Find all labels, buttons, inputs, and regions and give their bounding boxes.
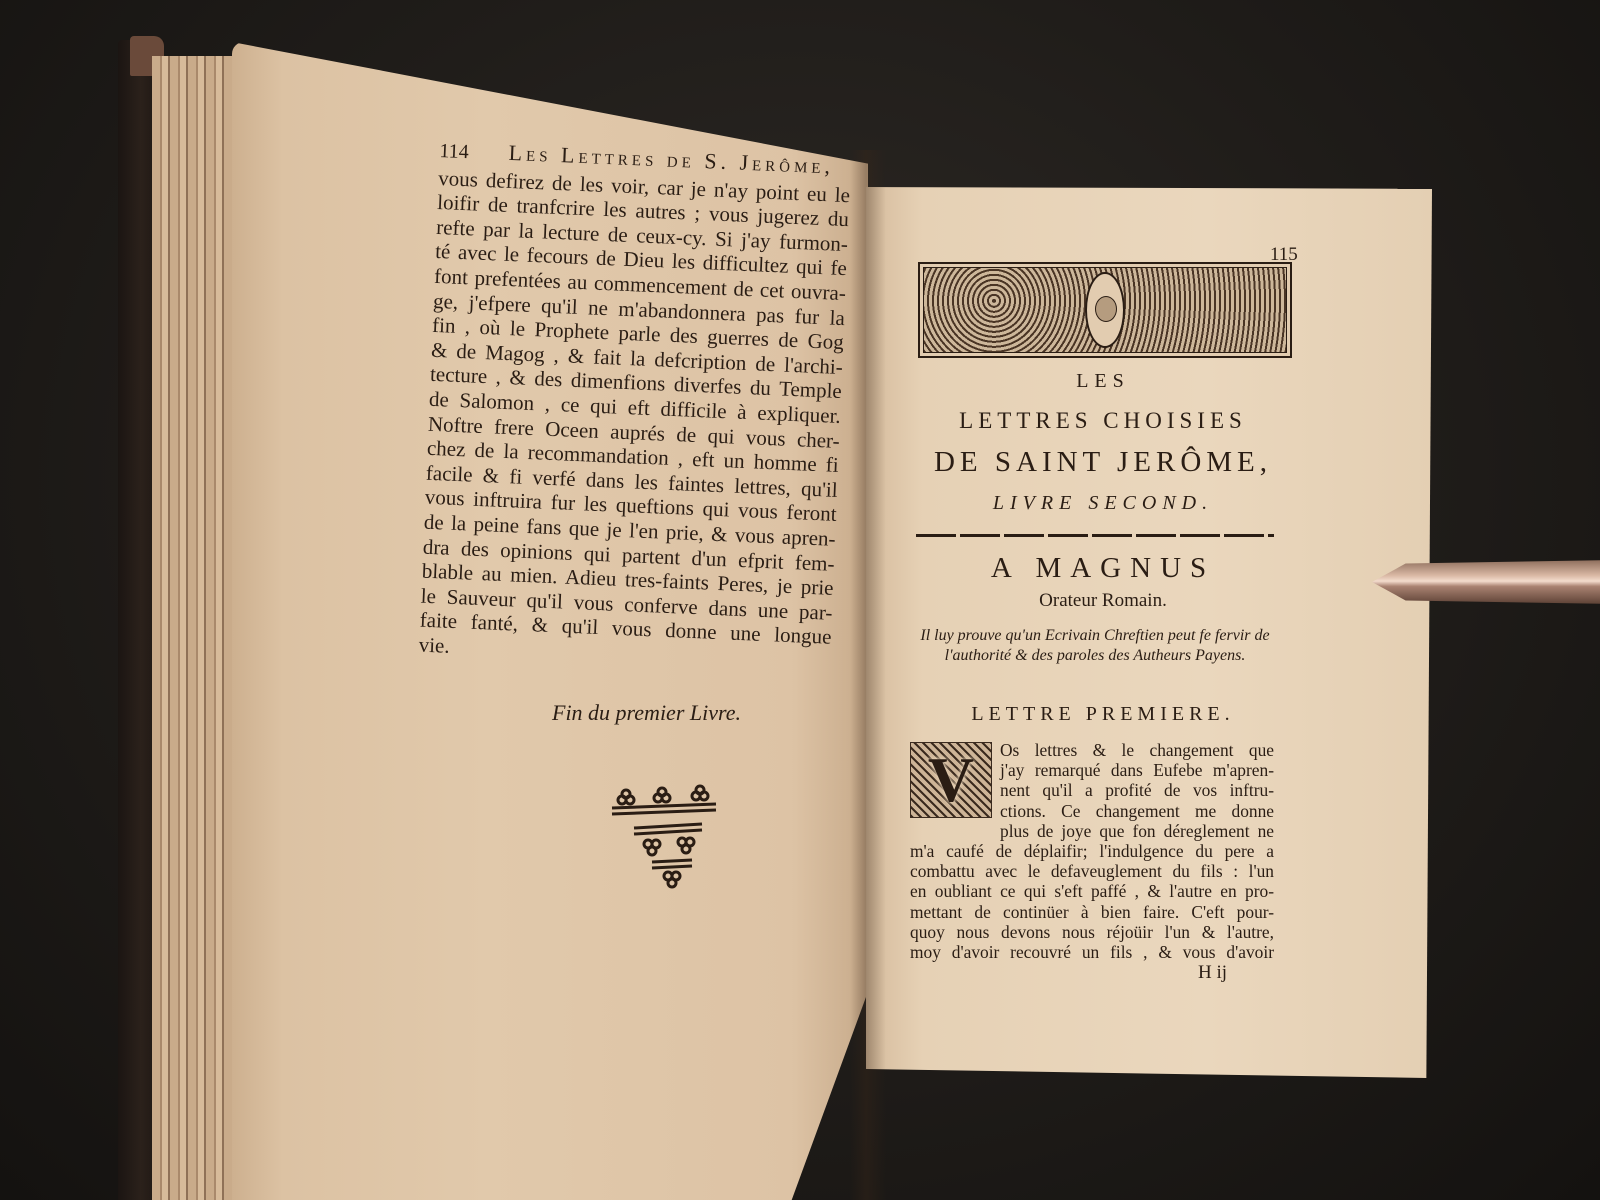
title-livre-second: LIVRE SECOND. [920,492,1286,515]
addressee-subtitle: Orateur Romain. [920,590,1286,612]
sun-medallion-icon [1085,272,1125,348]
right-page-text: Os lettres & le changement que j'ay rema… [910,740,1274,962]
title-les: LES [920,370,1286,393]
text-line: moy d'avoir recouvré un fils , & vous d'… [910,942,1274,962]
text-line: combattu avec le defaveuglement du fils … [910,861,1274,881]
title-saint-jerome: DE SAINT JERÔME, [920,446,1286,479]
text-line: j'ay remarqué dans Eufebe m'apren- [910,760,1274,780]
letter-addressee: A MAGNUS [920,552,1286,585]
tailpiece-ornament-icon [610,780,722,890]
text-line: ctions. Ce changement me donne [910,801,1274,821]
letter-argument: Il luy prouve qu'un Ecrivain Chreftien p… [908,626,1282,666]
text-line: quoy nous devons nous réjoüir l'un & l'a… [910,922,1274,942]
text-line: plus de joye que fon déreglement ne [910,821,1274,841]
text-line: mettant de continüer à bien faire. C'eft… [910,902,1274,922]
gutter-shadow [850,150,886,1200]
woodcut-headpiece-icon [918,262,1292,358]
letter-opener-pointer [1372,560,1600,604]
text-line: m'a caufé de déplaifir; l'indulgence du … [910,841,1274,861]
left-page-text: 114 Les Lettres de S. Jerôme, vous defir… [418,138,851,674]
title-lettres-choisies: LETTRES CHOISIES [920,408,1286,434]
page-number-left: 114 [439,139,469,165]
letter-heading: LETTRE PREMIERE. [920,703,1286,726]
page-edges [152,56,242,1200]
book-closing-line: Fin du premier Livre. [552,700,741,726]
decorative-rule [916,534,1274,537]
signature-mark: H ij [1198,962,1227,984]
book-photograph: 114 Les Lettres de S. Jerôme, vous defir… [0,0,1600,1200]
text-line: en oubliant ce qui s'eft paffé , & l'aut… [910,881,1274,901]
text-line: Os lettres & le changement que [910,740,1274,760]
text-line: nent qu'il a profité de vos inftru- [910,780,1274,800]
